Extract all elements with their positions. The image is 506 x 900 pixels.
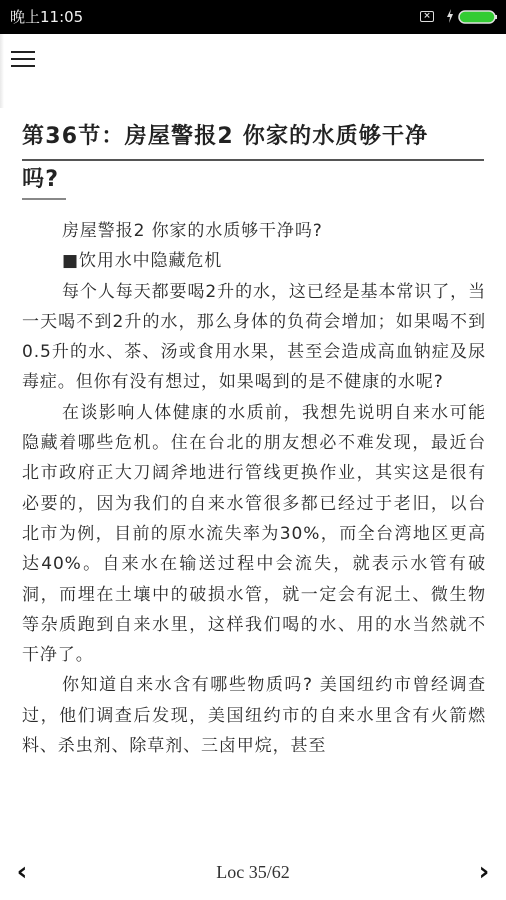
status-time: 晚上11:05 <box>10 8 83 26</box>
paragraph: 房屋警报2 你家的水质够干净吗? <box>22 216 486 246</box>
paragraph: 你知道自来水含有哪些物质吗? 美国纽约市曾经调查过，他们调查后发现，美国纽约市的… <box>22 670 486 761</box>
drawer-edge-shadow <box>0 34 4 108</box>
chapter-title-line-1: 第36节：房屋警报2 你家的水质够干净 <box>22 118 484 161</box>
no-sim-icon: × <box>420 11 434 22</box>
paragraph: 每个人每天都要喝2升的水，这已经是基本常识了，当一天喝不到2升的水，那么身体的负… <box>22 277 486 398</box>
status-bar: 晚上11:05 × <box>0 0 506 34</box>
location-indicator: Loc 35/62 <box>0 862 506 883</box>
battery-full-icon <box>458 10 498 24</box>
paragraph: 在谈影响人体健康的水质前，我想先说明自来水可能隐藏着哪些危机。住在台北的朋友想必… <box>22 398 486 671</box>
chapter-title-line-2: 吗? <box>22 161 66 200</box>
next-page-button[interactable]: › <box>472 856 496 890</box>
reader-toolbar <box>0 34 506 110</box>
chapter-title: 第36节：房屋警报2 你家的水质够干净 吗? <box>22 118 484 200</box>
paragraph: ■饮用水中隐藏危机 <box>22 246 486 276</box>
charging-bolt-icon <box>446 9 454 23</box>
reader-footer: ‹ Loc 35/62 › <box>0 856 506 890</box>
book-content: 房屋警报2 你家的水质够干净吗? ■饮用水中隐藏危机 每个人每天都要喝2升的水，… <box>22 216 486 761</box>
hamburger-menu-icon[interactable] <box>8 44 38 72</box>
